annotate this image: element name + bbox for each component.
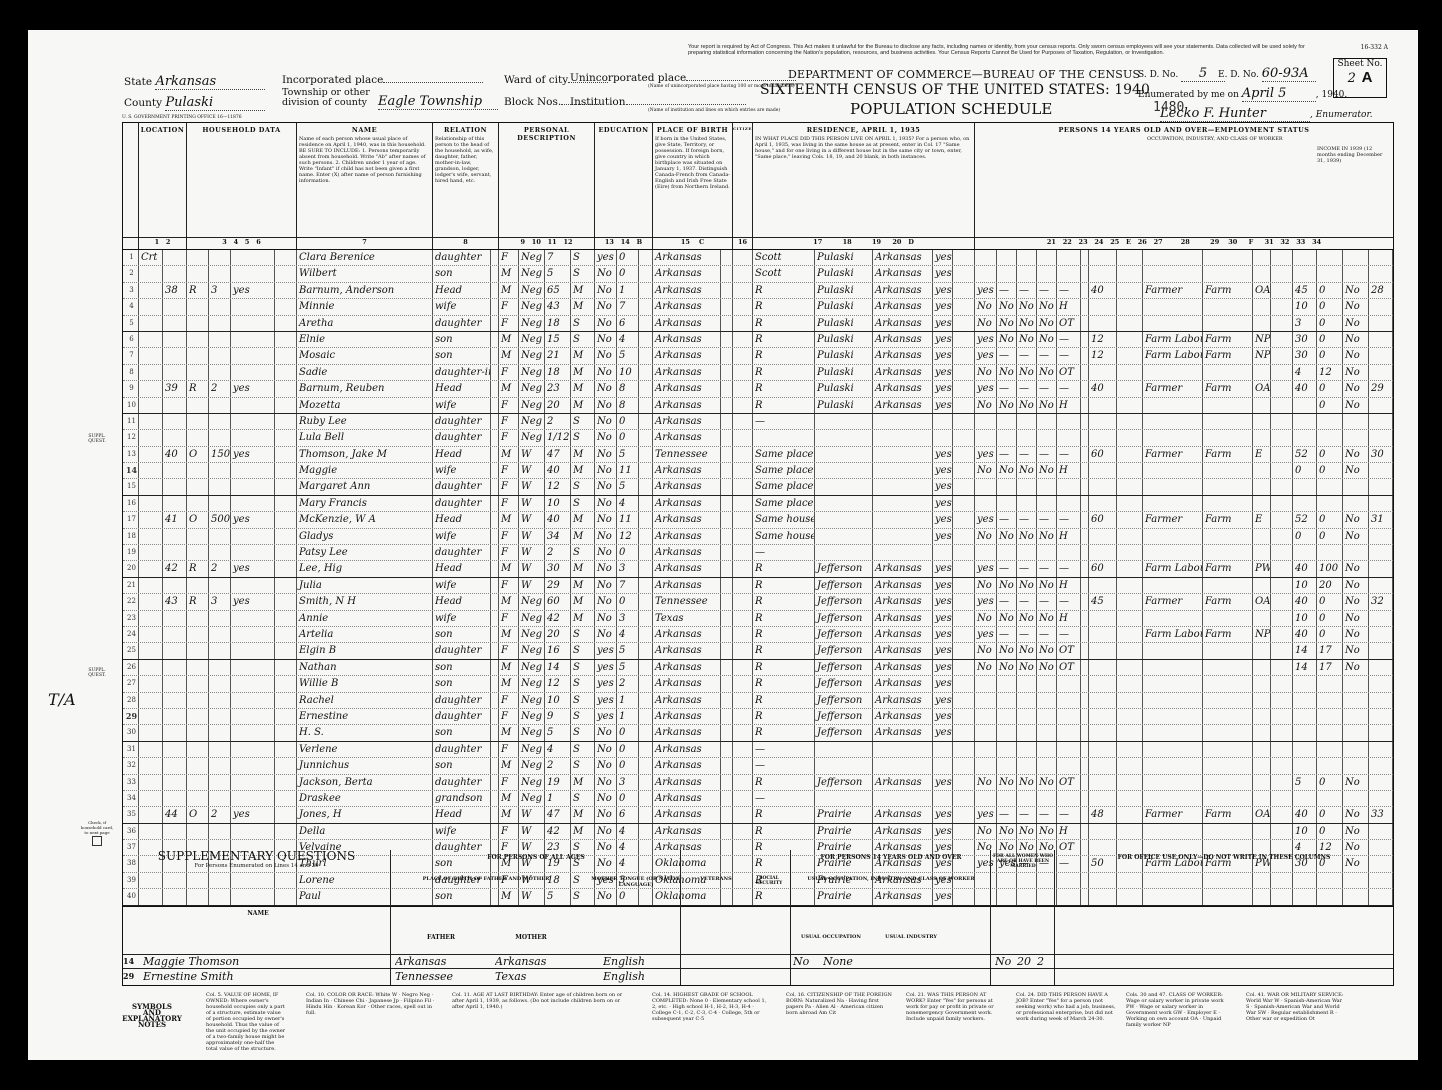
- cell-mar: S: [571, 545, 595, 560]
- cell-cls: [1253, 529, 1271, 544]
- cell-res-county: Jefferson: [815, 676, 873, 691]
- cell-hours: 45: [1089, 594, 1117, 609]
- cell-res-state: Arkansas: [873, 775, 933, 790]
- cell-weeks: 4: [1293, 365, 1317, 380]
- cell-own: [209, 611, 231, 626]
- cell-name: Verlene: [297, 742, 433, 757]
- cell-res-state: Arkansas: [873, 611, 933, 626]
- cell-c24: —: [1037, 447, 1057, 462]
- cell-sex: F: [499, 250, 519, 265]
- cell-other: [1343, 725, 1369, 740]
- cell-res-state: Arkansas: [873, 348, 933, 363]
- cell-weeks: 0: [1293, 529, 1317, 544]
- cell-occ: [1143, 660, 1203, 675]
- cell-farm35: yes: [933, 693, 953, 708]
- cell-c25: OT: [1057, 660, 1081, 675]
- cell-other: No: [1343, 529, 1369, 544]
- cell-code-b: [639, 807, 653, 822]
- cell-street: [139, 283, 163, 298]
- cell-wages: 0: [1317, 463, 1343, 478]
- cell-ind: [1203, 365, 1253, 380]
- cell-c25: [1057, 709, 1081, 724]
- cell-rel: Head: [433, 561, 491, 576]
- cell-house: [163, 643, 187, 658]
- cell-street: [139, 316, 163, 331]
- cell-res-city: —: [753, 742, 815, 757]
- cell-c23: No: [1017, 529, 1037, 544]
- cell-c22: —: [997, 594, 1017, 609]
- cell-c22: No: [997, 332, 1017, 347]
- cell-grade: 8: [617, 398, 639, 413]
- cell-res-city: R: [753, 643, 815, 658]
- cell-street: [139, 725, 163, 740]
- cell-cit: [733, 627, 753, 642]
- cell-grade: 7: [617, 299, 639, 314]
- cell-rel: daughter: [433, 742, 491, 757]
- cell-c22: —: [997, 381, 1017, 396]
- cell-code-c: [721, 676, 733, 691]
- cell-res-county: [815, 529, 873, 544]
- cell-weeks: [1293, 709, 1317, 724]
- cell-code-e: [1081, 545, 1089, 560]
- cell-dur: [1117, 316, 1143, 331]
- cell-c25: —: [1057, 332, 1081, 347]
- cell-race: Neg: [519, 414, 545, 429]
- cell-line: 21: [123, 578, 139, 593]
- cell-c23: No: [1017, 660, 1037, 675]
- cell-line: 2: [123, 266, 139, 281]
- cell-other: No: [1343, 316, 1369, 331]
- cell-cit: [733, 791, 753, 806]
- cell-c25: OT: [1057, 775, 1081, 790]
- cell-c23: [1017, 266, 1037, 281]
- cell-hours: [1089, 299, 1117, 314]
- cell-res-county: Pulaski: [815, 348, 873, 363]
- cell-house: [163, 578, 187, 593]
- cell-res-city: R: [753, 348, 815, 363]
- cell-res-state: Arkansas: [873, 266, 933, 281]
- cell-house: [163, 266, 187, 281]
- cell-house: [163, 529, 187, 544]
- cell-line: 6: [123, 332, 139, 347]
- cell-code-e: [1081, 381, 1089, 396]
- cell-c23: [1017, 758, 1037, 773]
- institution-note: (Name of institution and lines on which …: [648, 108, 780, 113]
- cell-c22: [997, 725, 1017, 740]
- cell-code-c: [721, 316, 733, 331]
- cell-c21: yes: [975, 348, 997, 363]
- cell-code-b: [639, 266, 653, 281]
- cell-code-e: [1081, 758, 1089, 773]
- cell-other: No: [1343, 365, 1369, 380]
- cell-occ: [1143, 463, 1203, 478]
- cell-hours: [1089, 316, 1117, 331]
- sheet-number-box: Sheet No. 2 A: [1333, 58, 1387, 98]
- cell-dur: [1117, 299, 1143, 314]
- cell-code-c: [721, 594, 733, 609]
- cell-code-d: [953, 463, 975, 478]
- cell-code-e: [1081, 266, 1089, 281]
- cell-sex: M: [499, 332, 519, 347]
- cell-code-f: [1271, 561, 1293, 576]
- cell-cit: [733, 758, 753, 773]
- cell-race: Neg: [519, 398, 545, 413]
- cell-code-f: [1271, 545, 1293, 560]
- cell-house: 41: [163, 512, 187, 527]
- cell-house: [163, 430, 187, 445]
- cell-age: 42: [545, 824, 571, 839]
- cell-weeks: 3: [1293, 316, 1317, 331]
- cell-other: [1343, 709, 1369, 724]
- cell-hh: [187, 742, 209, 757]
- cell-farm: [275, 348, 297, 363]
- supp-cell-children: 2: [1037, 954, 1055, 969]
- cell-dur: [1117, 578, 1143, 593]
- cell-farmsch: 30: [1369, 447, 1393, 462]
- cell-street: [139, 660, 163, 675]
- cell-other: No: [1343, 561, 1369, 576]
- cell-farmsch: 33: [1369, 807, 1393, 822]
- cell-c25: [1057, 414, 1081, 429]
- cell-school: No: [595, 332, 617, 347]
- cell-own: [209, 758, 231, 773]
- cell-farm: [275, 627, 297, 642]
- cell-farm: [275, 676, 297, 691]
- cell-res-state: Arkansas: [873, 709, 933, 724]
- cell-age: 60: [545, 594, 571, 609]
- cell-code-c: [721, 496, 733, 511]
- cell-farm35: yes: [933, 512, 953, 527]
- household-card-checkbox[interactable]: [92, 836, 102, 846]
- cell-sex: F: [499, 496, 519, 511]
- cell-c23: —: [1017, 594, 1037, 609]
- column-headers: LOCATION1 2 HOUSEHOLD DATA3 4 5 6 NAMENa…: [123, 123, 1393, 250]
- cell-sex: F: [499, 742, 519, 757]
- cell-ind: [1203, 250, 1253, 265]
- cell-c22: [997, 758, 1017, 773]
- cell-farmsch: [1369, 758, 1393, 773]
- cell-grade: 4: [617, 824, 639, 839]
- schedule-title: POPULATION SCHEDULE: [850, 100, 1052, 118]
- cell-c25: H: [1057, 463, 1081, 478]
- cell-c21: [975, 725, 997, 740]
- cell-res-county: Jefferson: [815, 660, 873, 675]
- cell-res-city: R: [753, 725, 815, 740]
- cell-farmsch: [1369, 545, 1393, 560]
- cell-code-b: [639, 693, 653, 708]
- cell-age: 1/12: [545, 430, 571, 445]
- cell-code-d: [953, 414, 975, 429]
- cell-hours: [1089, 775, 1117, 790]
- cell-line: 12: [123, 430, 139, 445]
- table-row: 1741O500yesMcKenzie, W AHeadMW40MNo11Ark…: [123, 512, 1393, 528]
- cell-farm35: yes: [933, 627, 953, 642]
- cell-occ: [1143, 611, 1203, 626]
- margin-mark: T/A: [48, 690, 76, 709]
- cell-code-b: [639, 594, 653, 609]
- cell-hh: R: [187, 594, 209, 609]
- cell-name: Minnie: [297, 299, 433, 314]
- cell-cls: OA: [1253, 594, 1271, 609]
- cell-c21: No: [975, 299, 997, 314]
- state-value: Arkansas: [155, 74, 265, 90]
- cell-hours: [1089, 791, 1117, 806]
- cell-farmsch: [1369, 430, 1393, 445]
- cell-cit: [733, 742, 753, 757]
- cell-farm35: yes: [933, 250, 953, 265]
- enumerator-field: Lecko F. Hunter, Enumerator.: [1160, 106, 1373, 122]
- cell-weeks: [1293, 676, 1317, 691]
- cell-birth: Arkansas: [653, 398, 721, 413]
- cell-res-county: [815, 414, 873, 429]
- cell-school: No: [595, 463, 617, 478]
- cell-cls: [1253, 578, 1271, 593]
- cell-res-state: Arkansas: [873, 676, 933, 691]
- cell-res-county: Pulaski: [815, 299, 873, 314]
- cell-code-f: [1271, 807, 1293, 822]
- cell-age: 7: [545, 250, 571, 265]
- cell-cls: [1253, 824, 1271, 839]
- cell-sex: M: [499, 283, 519, 298]
- cell-c22: [997, 496, 1017, 511]
- cell-ind: Farm: [1203, 561, 1253, 576]
- cell-c23: No: [1017, 775, 1037, 790]
- cell-line: 26: [123, 660, 139, 675]
- cell-c25: —: [1057, 283, 1081, 298]
- cell-farmsch: [1369, 316, 1393, 331]
- cell-cit: [733, 316, 753, 331]
- cell-code-c: [721, 725, 733, 740]
- cell-weeks: [1293, 758, 1317, 773]
- table-row: 3544O2yesJones, HHeadMW47MNo6ArkansasRPr…: [123, 807, 1393, 823]
- cell-rel: daughter: [433, 250, 491, 265]
- cell-code-b: [639, 791, 653, 806]
- cell-code-e: [1081, 299, 1089, 314]
- cell-hh: [187, 316, 209, 331]
- cell-res-county: Jefferson: [815, 594, 873, 609]
- cell-line: 28: [123, 693, 139, 708]
- cell-code-e: [1081, 660, 1089, 675]
- cell-farm: [275, 709, 297, 724]
- cell-rel: wife: [433, 463, 491, 478]
- cell-rel: son: [433, 332, 491, 347]
- cell-code-e: [1081, 250, 1089, 265]
- cell-farm: [275, 381, 297, 396]
- cell-other: No: [1343, 381, 1369, 396]
- cell-res-county: Pulaski: [815, 381, 873, 396]
- cell-code-c: [721, 775, 733, 790]
- enumerated-date-field: Enumerated by me on April 5, 1940.: [1138, 86, 1347, 102]
- cell-street: [139, 381, 163, 396]
- cell-res-state: [873, 758, 933, 773]
- cell-ind: Farm: [1203, 594, 1253, 609]
- cell-grade: 1: [617, 709, 639, 724]
- cell-code-e: [1081, 676, 1089, 691]
- cell-value: [231, 365, 275, 380]
- cell-sex: M: [499, 627, 519, 642]
- cell-occ: Farm Labour: [1143, 627, 1203, 642]
- cell-hh: [187, 250, 209, 265]
- cell-c22: —: [997, 348, 1017, 363]
- cell-house: [163, 398, 187, 413]
- table-row: 34DraskeegrandsonMNeg1SNo0Arkansas—: [123, 791, 1393, 807]
- table-row: 33Jackson, BertadaughterFNeg19MNo3Arkans…: [123, 775, 1393, 791]
- cell-res-county: Pulaski: [815, 316, 873, 331]
- cell-res-city: R: [753, 299, 815, 314]
- cell-other: No: [1343, 660, 1369, 675]
- cell-own: [209, 479, 231, 494]
- cell-c23: [1017, 430, 1037, 445]
- cell-grade: 5: [617, 643, 639, 658]
- cell-weeks: [1293, 250, 1317, 265]
- sd-field: S. D. No. 5: [1138, 66, 1225, 82]
- cell-rel: daughter: [433, 496, 491, 511]
- cell-res-state: [873, 430, 933, 445]
- cell-grade: 5: [617, 660, 639, 675]
- cell-code-d: [953, 742, 975, 757]
- cell-farm: [275, 807, 297, 822]
- cell-wages: 0: [1317, 824, 1343, 839]
- cell-c21: [975, 496, 997, 511]
- cell-code-e: [1081, 594, 1089, 609]
- cell-code-d: [953, 512, 975, 527]
- cell-birth: Arkansas: [653, 775, 721, 790]
- cell-res-city: —: [753, 414, 815, 429]
- cell-name: Wilbert: [297, 266, 433, 281]
- cell-line: 22: [123, 594, 139, 609]
- cell-hours: [1089, 824, 1117, 839]
- cell-c23: [1017, 545, 1037, 560]
- cell-rel: wife: [433, 824, 491, 839]
- cell-c22: [997, 693, 1017, 708]
- table-row: 11Ruby LeedaughterFNeg2SNo0Arkansas—: [123, 414, 1393, 430]
- cell-c24: No: [1037, 299, 1057, 314]
- cell-res-state: Arkansas: [873, 594, 933, 609]
- cell-farm35: [933, 742, 953, 757]
- cell-value: yes: [231, 807, 275, 822]
- cell-street: [139, 578, 163, 593]
- cell-wages: 0: [1317, 775, 1343, 790]
- col-group-name: NAMEName of each person whose usual plac…: [297, 123, 433, 249]
- cell-name: Lula Bell: [297, 430, 433, 445]
- cell-c24: [1037, 758, 1057, 773]
- cell-mar: S: [571, 791, 595, 806]
- cell-code-d: [953, 709, 975, 724]
- cell-cit: [733, 348, 753, 363]
- cell-res-city: Same place: [753, 463, 815, 478]
- cell-street: [139, 742, 163, 757]
- cell-house: [163, 348, 187, 363]
- cell-hours: [1089, 627, 1117, 642]
- cell-sex: F: [499, 545, 519, 560]
- cell-c23: —: [1017, 447, 1037, 462]
- cell-hours: [1089, 250, 1117, 265]
- cell-hh: R: [187, 561, 209, 576]
- cell-c23: —: [1017, 283, 1037, 298]
- cell-age: 18: [545, 365, 571, 380]
- cell-mar: M: [571, 594, 595, 609]
- cell-sex: F: [499, 529, 519, 544]
- cell-code-d: [953, 725, 975, 740]
- cell-farm35: yes: [933, 496, 953, 511]
- cell-cit: [733, 250, 753, 265]
- cell-cls: [1253, 693, 1271, 708]
- cell-code-b: [639, 430, 653, 445]
- cell-line: 5: [123, 316, 139, 331]
- cell-name: H. S.: [297, 725, 433, 740]
- cell-code-d: [953, 775, 975, 790]
- cell-code-b: [639, 283, 653, 298]
- cell-code-f: [1271, 611, 1293, 626]
- cell-birth: Arkansas: [653, 381, 721, 396]
- cell-street: [139, 693, 163, 708]
- cell-c25: OT: [1057, 316, 1081, 331]
- cell-name: Annie: [297, 611, 433, 626]
- cell-ind: [1203, 791, 1253, 806]
- cell-name: Lee, Hig: [297, 561, 433, 576]
- cell-age: 2: [545, 545, 571, 560]
- supp-cell-married-more: No: [995, 954, 1015, 969]
- cell-house: [163, 365, 187, 380]
- supplementary-questions: SUPPLEMENTARY QUESTIONS For Persons Enum…: [122, 850, 1394, 986]
- cell-hours: [1089, 414, 1117, 429]
- cell-other: [1343, 545, 1369, 560]
- cell-c22: No: [997, 529, 1017, 544]
- cell-wages: 0: [1317, 627, 1343, 642]
- cell-mar: S: [571, 316, 595, 331]
- cell-hours: [1089, 660, 1117, 675]
- cell-own: [209, 365, 231, 380]
- cell-occ: [1143, 414, 1203, 429]
- cell-ind: Farm: [1203, 332, 1253, 347]
- cell-age: 18: [545, 316, 571, 331]
- cell-birth: Arkansas: [653, 693, 721, 708]
- cell-c23: [1017, 709, 1037, 724]
- cell-dur: [1117, 824, 1143, 839]
- enumerator-name: Lecko F. Hunter: [1160, 106, 1310, 122]
- cell-grade: 4: [617, 332, 639, 347]
- cell-code-a: [491, 529, 499, 544]
- cell-wages: 0: [1317, 512, 1343, 527]
- cell-name: Clara Berenice: [297, 250, 433, 265]
- cell-res-city: Same house: [753, 512, 815, 527]
- cell-occ: [1143, 643, 1203, 658]
- cell-code-e: [1081, 447, 1089, 462]
- cell-grade: 11: [617, 463, 639, 478]
- cell-wages: 0: [1317, 316, 1343, 331]
- cell-c25: —: [1057, 348, 1081, 363]
- cell-code-b: [639, 676, 653, 691]
- cell-sex: M: [499, 725, 519, 740]
- cell-wages: 12: [1317, 365, 1343, 380]
- cell-sex: M: [499, 512, 519, 527]
- cell-weeks: [1293, 414, 1317, 429]
- cell-line: 14: [123, 463, 139, 478]
- cell-farm: [275, 578, 297, 593]
- cell-code-e: [1081, 316, 1089, 331]
- cell-cit: [733, 365, 753, 380]
- cell-c25: [1057, 725, 1081, 740]
- cell-c22: —: [997, 627, 1017, 642]
- cell-age: 30: [545, 561, 571, 576]
- cell-weeks: [1293, 693, 1317, 708]
- cell-c24: No: [1037, 529, 1057, 544]
- cell-code-c: [721, 807, 733, 822]
- cell-c24: No: [1037, 775, 1057, 790]
- cell-farmsch: [1369, 250, 1393, 265]
- cell-farm35: yes: [933, 578, 953, 593]
- cell-code-f: [1271, 414, 1293, 429]
